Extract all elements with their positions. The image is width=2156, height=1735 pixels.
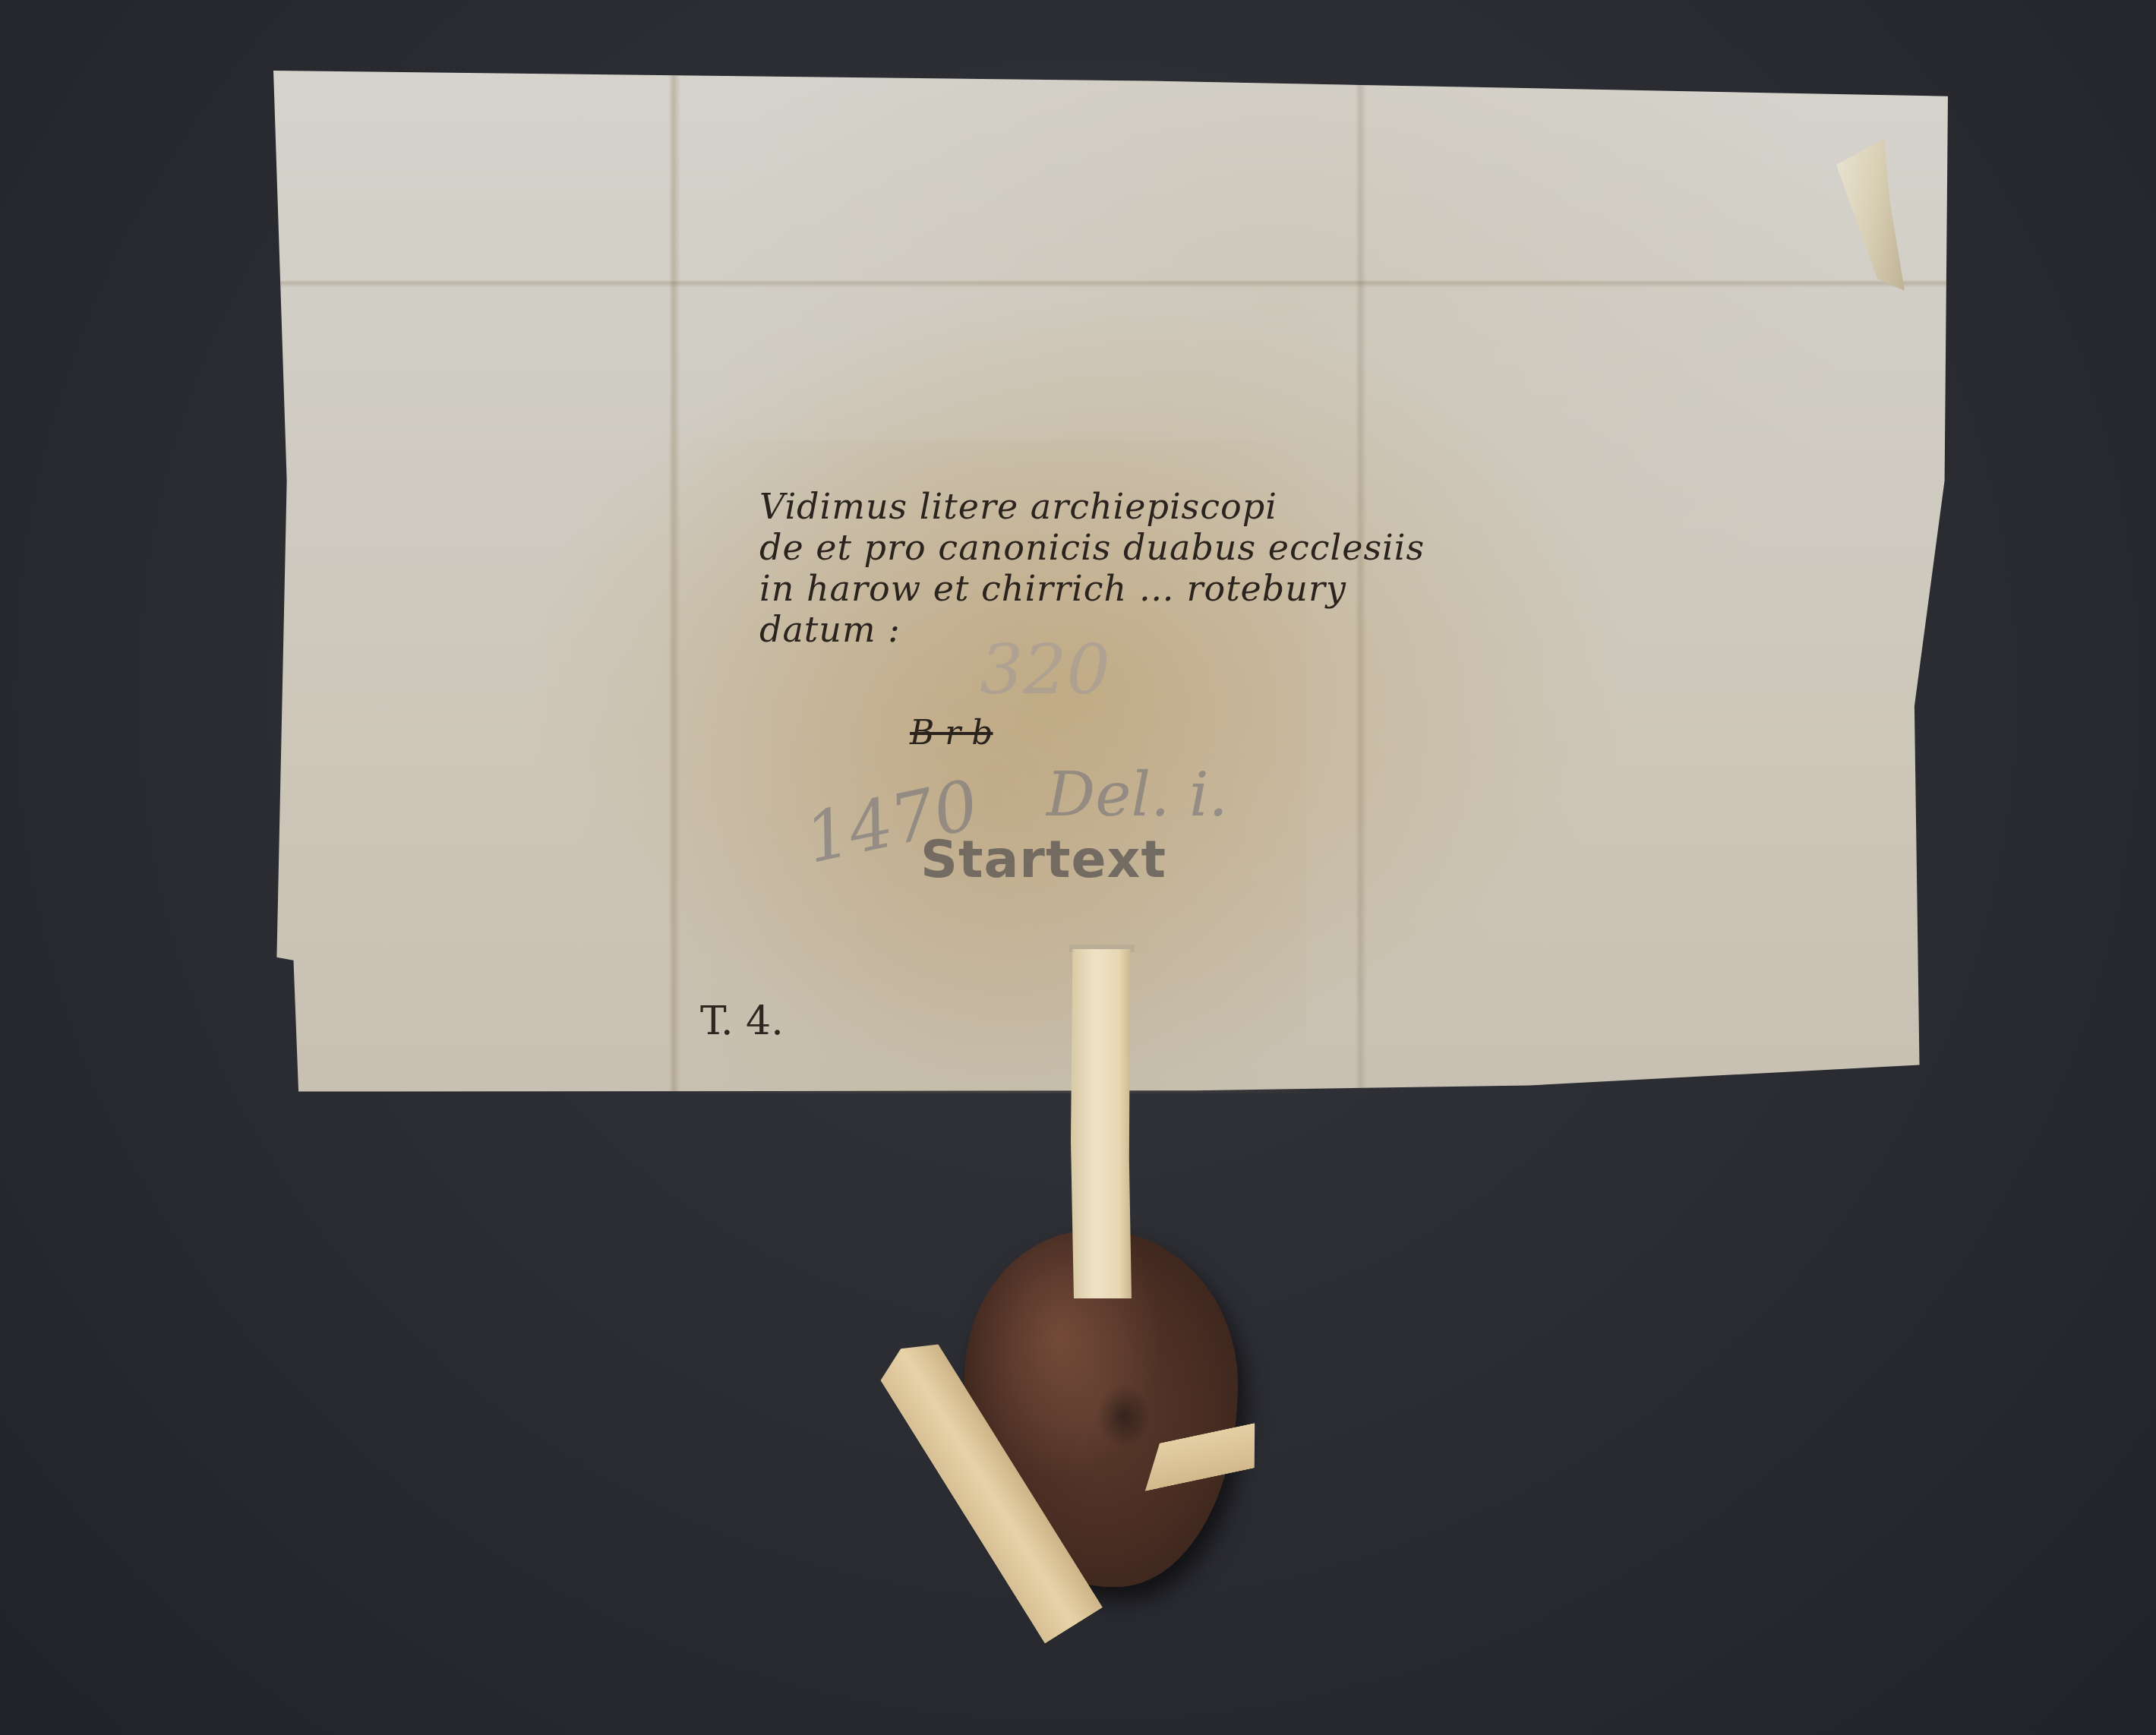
inscription-line: in harow et chirrich … rotebury [759, 568, 1291, 609]
pencil-annotation-upper: 320 [980, 630, 1110, 710]
inscription-line: de et pro canonicis duabus ecclesiis [759, 527, 1291, 568]
inscription-line: Vidimus litere archiepiscopi [759, 486, 1291, 527]
watermark: Startext [920, 830, 1166, 890]
pencil-annotation-del: Del. i. [1046, 759, 1228, 830]
endorsement-inscription: Vidimus litere archiepiscopi de et pro c… [759, 486, 1291, 650]
parchment-tag [1071, 949, 1132, 1298]
crossed-mark: B r b [910, 714, 993, 752]
shelfmark: T. 4. [700, 998, 784, 1044]
